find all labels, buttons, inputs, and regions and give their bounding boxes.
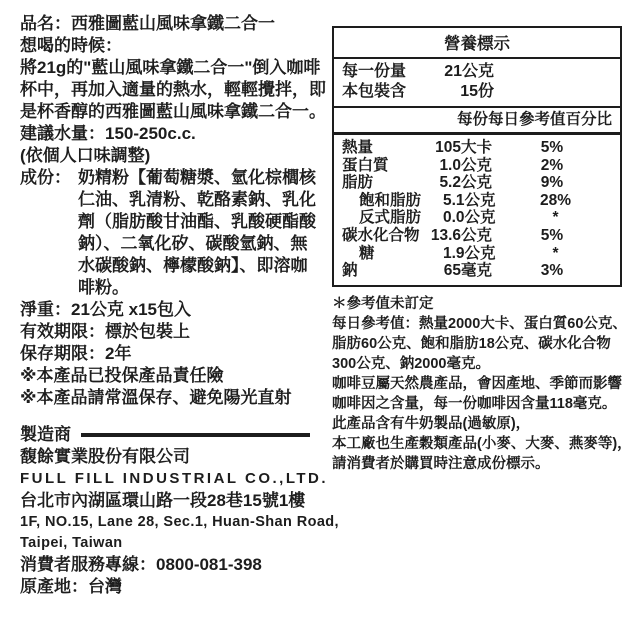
ingredients-text: 奶精粉【葡萄糖漿、氫化棕櫚核 仁油、乳清粉、乾酪素鈉、乳化 劑（脂肪酸甘油酯、乳… <box>78 167 328 299</box>
address-en-line2: Taipei, Taiwan <box>20 533 328 554</box>
serving-row-spacer <box>494 82 612 102</box>
nutrient-amount: 1.9公克 <box>443 245 496 263</box>
caffeine-content-note: 咖啡豆屬天然農產品，會因產地、季節而影響 咖啡因之含量，每一份咖啡因含量118毫… <box>332 374 622 414</box>
nutrient-daily-value: 3% <box>492 262 612 280</box>
address-zh: 台北市內湖區環山路一段28巷15號1樓 <box>20 490 328 512</box>
manufacturer-header: 製造商 <box>20 424 328 446</box>
product-name-line: 品名：西雅圖藍山風味拿鐵二合一 <box>20 13 328 35</box>
per-serving-col-header: 每份 <box>426 110 488 129</box>
company-name-zh: 馥餘實業股份有限公司 <box>20 446 328 468</box>
nutrient-name: 糖 <box>342 245 443 263</box>
water-amount-line: 建議水量：150-250c.c. <box>20 123 328 145</box>
nutrient-amount: 13.6公克 <box>426 227 492 245</box>
shelf-life-line: 保存期限：2年 <box>20 343 328 365</box>
storage-note: ※本產品請常溫保存、避免陽光直射 <box>20 387 328 409</box>
manufacturer-label: 製造商 <box>20 424 71 446</box>
address-en-line1: 1F, NO.15, Lane 28, Sec.1, Huan-Shan Roa… <box>20 512 328 533</box>
nutrient-name: 反式脂肪 <box>342 209 443 227</box>
nutrition-row: 飽和脂肪 5.1公克 28% <box>342 192 612 210</box>
nutrition-row: 糖 1.9公克 * <box>342 245 612 263</box>
nutrition-row: 脂肪 5.2公克 9% <box>342 174 612 192</box>
nutrition-row: 碳水化合物 13.6公克 5% <box>342 227 612 245</box>
serving-row: 每一份量 21公克 <box>342 62 612 82</box>
service-hotline-line: 消費者服務專線：0800-081-398 <box>20 554 328 576</box>
nutrient-daily-value: 9% <box>492 174 612 192</box>
nutrition-rows: 熱量 105大卡 5% 蛋白質 1.0公克 2% 脂肪 5.2公克 9% <box>334 135 620 285</box>
nutrient-amount: 5.2公克 <box>426 174 492 192</box>
nutrient-daily-value: 28% <box>496 192 616 210</box>
nutrient-daily-value: 2% <box>492 157 612 175</box>
nutrient-daily-value: 5% <box>492 227 612 245</box>
serving-row-label: 本包裝含 <box>342 82 434 102</box>
nutrient-daily-value: 5% <box>492 139 612 157</box>
serving-row-spacer <box>494 62 612 82</box>
serving-row-label: 每一份量 <box>342 62 434 82</box>
nutrient-name: 鈉 <box>342 262 426 280</box>
nutrient-name: 碳水化合物 <box>342 227 426 245</box>
nutrition-row: 反式脂肪 0.0公克 * <box>342 209 612 227</box>
reference-undefined-note: ＊參考值未訂定 <box>332 294 622 314</box>
milk-allergen-note: 此產品含有牛奶製品(過敏原)， <box>332 414 622 434</box>
nutrient-name-col-header <box>342 110 426 129</box>
nutrition-facts-table: 營養標示 每一份量 21公克 本包裝含 15份 每份 每日參考值百分比 <box>332 26 622 287</box>
nutrition-row: 熱量 105大卡 5% <box>342 139 612 157</box>
nutrient-amount: 5.1公克 <box>443 192 496 210</box>
nutrient-daily-value: * <box>496 209 616 227</box>
nutrition-table-title: 營養標示 <box>334 28 620 59</box>
nutrient-name: 飽和脂肪 <box>342 192 443 210</box>
company-name-en: FULL FILL INDUSTRIAL CO.,LTD. <box>20 468 328 490</box>
nutrition-section: 營養標示 每一份量 21公克 本包裝含 15份 每份 每日參考值百分比 <box>332 26 622 474</box>
when-to-drink-label: 想喝的時候： <box>20 35 328 57</box>
nutrient-amount: 0.0公克 <box>443 209 496 227</box>
factory-cross-contamination-note: 本工廠也生產穀類產品(小麥、大麥、燕麥等)， 請消費者於購買時注意成份標示。 <box>332 434 622 474</box>
origin-line: 原產地：台灣 <box>20 576 328 598</box>
nutrition-footnotes: ＊參考值未訂定 每日參考值：熱量2000大卡、蛋白質60公克、 脂肪60公克、飽… <box>332 294 622 474</box>
ingredients-block: 成份： 奶精粉【葡萄糖漿、氫化棕櫚核 仁油、乳清粉、乾酪素鈉、乳化 劑（脂肪酸甘… <box>20 167 328 299</box>
nutrient-amount: 1.0公克 <box>426 157 492 175</box>
serving-row-value: 21公克 <box>434 62 494 82</box>
serving-row-value: 15份 <box>434 82 494 102</box>
daily-value-col-header: 每日參考值百分比 <box>488 110 612 129</box>
expiry-line: 有效期限：標於包裝上 <box>20 321 328 343</box>
manufacturer-divider-rule <box>81 433 310 437</box>
nutrient-amount: 65毫克 <box>426 262 492 280</box>
manufacturer-section: 製造商 馥餘實業股份有限公司 FULL FILL INDUSTRIAL CO.,… <box>20 424 328 598</box>
insurance-note: ※本產品已投保產品責任險 <box>20 365 328 387</box>
net-weight-line: 淨重：21公克 x15包入 <box>20 299 328 321</box>
nutrition-column-header: 每份 每日參考值百分比 <box>334 108 620 135</box>
serving-info-block: 每一份量 21公克 本包裝含 15份 <box>334 59 620 108</box>
nutrient-amount: 105大卡 <box>426 139 492 157</box>
serving-row: 本包裝含 15份 <box>342 82 612 102</box>
nutrition-row: 鈉 65毫克 3% <box>342 262 612 280</box>
nutrient-name: 脂肪 <box>342 174 426 192</box>
ingredients-label: 成份： <box>20 167 78 299</box>
nutrition-row: 蛋白質 1.0公克 2% <box>342 157 612 175</box>
nutrient-daily-value: * <box>496 245 616 263</box>
product-info-section: 品名：西雅圖藍山風味拿鐵二合一 想喝的時候： 將21g的"藍山風味拿鐵二合一"倒… <box>20 13 328 598</box>
preparation-instructions: 將21g的"藍山風味拿鐵二合一"倒入咖啡 杯中，再加入適量的熱水，輕輕攪拌，即 … <box>20 57 328 123</box>
daily-reference-values-note: 每日參考值：熱量2000大卡、蛋白質60公克、 脂肪60公克、飽和脂肪18公克、… <box>332 314 622 374</box>
taste-adjust-note: (依個人口味調整) <box>20 145 328 167</box>
nutrient-name: 蛋白質 <box>342 157 426 175</box>
nutrient-name: 熱量 <box>342 139 426 157</box>
